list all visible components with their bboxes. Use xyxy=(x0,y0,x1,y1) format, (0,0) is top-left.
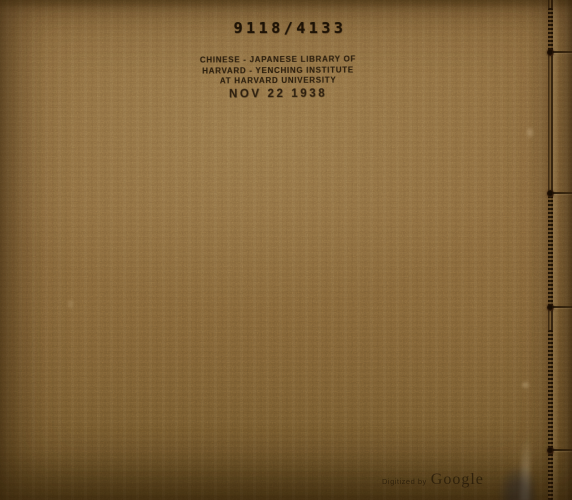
stitch-thread-horizontal xyxy=(553,306,572,308)
digitized-watermark: Digitized by Google xyxy=(382,471,484,489)
corner-shadow xyxy=(498,466,536,500)
scanned-book-cover: 9118/4133 CHINESE - JAPANESE LIBRARY OF … xyxy=(0,0,572,500)
library-stamp-date: NOV 22 1938 xyxy=(163,87,393,102)
paper-scuff xyxy=(522,382,529,388)
paper-scuff xyxy=(527,128,533,137)
paper-scuff xyxy=(68,300,73,308)
stitch-thread-horizontal xyxy=(553,192,572,194)
seam-shadow xyxy=(528,0,550,500)
library-stamp-line-3: AT HARVARD UNIVERSITY xyxy=(163,75,393,87)
library-stamp: CHINESE - JAPANESE LIBRARY OF HARVARD - … xyxy=(163,54,393,101)
watermark-brand: Google xyxy=(431,471,484,489)
watermark-prefix: Digitized by xyxy=(382,477,427,486)
stitch-thread-horizontal xyxy=(553,51,572,53)
page-edge-strip xyxy=(553,0,572,500)
stitch-thread-horizontal xyxy=(553,449,572,451)
call-number-stamp: 9118/4133 xyxy=(176,19,404,37)
